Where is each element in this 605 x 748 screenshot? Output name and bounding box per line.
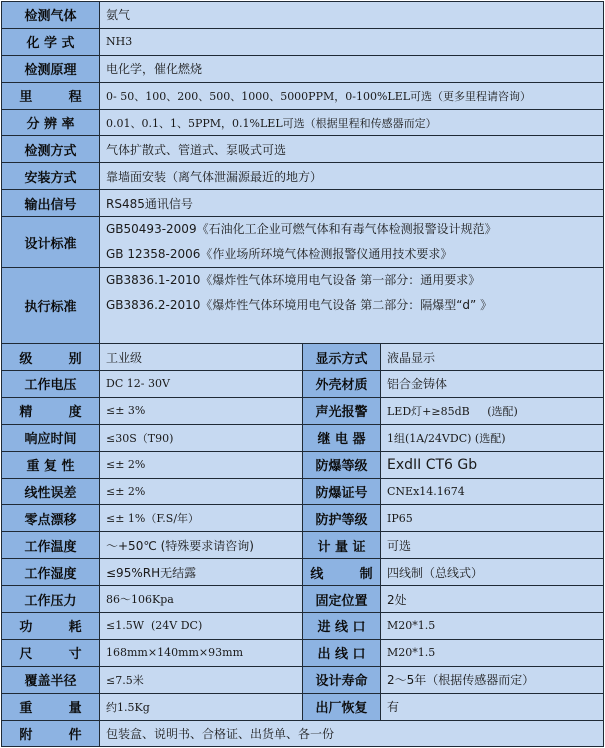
value-coverage-radius: ≤7.5米	[100, 666, 303, 693]
value-linearity-error: ≤± 2%	[100, 478, 303, 505]
label-wiring-system: 线 制	[303, 559, 381, 586]
label-design-life: 设计寿命	[303, 666, 381, 693]
row-split-10: 功 耗 ≤1.5W (24V DC) 进 线 口 M20*1.5	[2, 613, 604, 640]
label-inlet: 进 线 口	[303, 613, 381, 640]
label-working-humidity: 工作湿度	[2, 559, 100, 586]
value-outlet: M20*1.5	[381, 639, 604, 666]
row-design-standard: 设计标准 GB50493-2009《石油化工企业可燃气体和有毒气体检测报警设计规…	[2, 217, 604, 268]
value-weight: 约1.5Kg	[100, 693, 303, 720]
row-detection-method: 检测方式 气体扩散式、管道式、泵吸式可选	[2, 136, 604, 163]
label-grade: 级 别	[2, 344, 100, 371]
label-weight: 重 量	[2, 693, 100, 720]
row-split-6: 零点漂移 ≤± 1%（F.S/年） 防护等级 IP65	[2, 505, 604, 532]
row-split-13: 重 量 约1.5Kg 出厂恢复 有	[2, 693, 604, 720]
value-accessories: 包装盒、说明书、合格证、出货单、各一份	[100, 720, 604, 747]
row-split-1: 工作电压 DC 12- 30V 外壳材质 铝合金铸体	[2, 371, 604, 398]
label-accuracy: 精 度	[2, 397, 100, 424]
label-protection-grade: 防护等级	[303, 505, 381, 532]
row-resolution: 分 辨 率 0.01、0.1、1、5PPM，0.1%LEL可选（根据里程和传感器…	[2, 109, 604, 136]
label-power-consumption: 功 耗	[2, 613, 100, 640]
row-split-9: 工作压力 86～106Kpa 固定位置 2处	[2, 586, 604, 613]
row-installation: 安装方式 靠墙面安装（离气体泄漏源最近的地方）	[2, 163, 604, 190]
row-range: 里 程 0- 50、100、200、500、1000、5000PPM，0-100…	[2, 82, 604, 109]
value-output-signal: RS485通讯信号	[100, 190, 604, 217]
label-detection-method: 检测方式	[2, 136, 100, 163]
label-linearity-error: 线性误差	[2, 478, 100, 505]
value-resolution: 0.01、0.1、1、5PPM，0.1%LEL可选（根据里程和传感器而定）	[100, 109, 604, 136]
label-response-time: 响应时间	[2, 424, 100, 451]
value-housing-material: 铝合金铸体	[381, 371, 604, 398]
value-detection-principle: 电化学，催化燃烧	[100, 55, 604, 82]
value-chemical-formula: NH3	[100, 28, 604, 55]
label-working-pressure: 工作压力	[2, 586, 100, 613]
label-working-voltage: 工作电压	[2, 371, 100, 398]
value-working-temperature: ～+50℃ (特殊要求请咨询)	[100, 532, 303, 559]
value-grade: 工业级	[100, 344, 303, 371]
spec-table: 检测气体 氨气 化 学 式 NH3 检测原理 电化学，催化燃烧 里 程 0- 5…	[1, 1, 604, 747]
row-split-8: 工作湿度 ≤95%RH无结露 线 制 四线制（总线式）	[2, 559, 604, 586]
label-fixing-position: 固定位置	[303, 586, 381, 613]
value-sound-light-alarm: LED灯+≥85dB (选配)	[381, 397, 604, 424]
row-output-signal: 输出信号 RS485通讯信号	[2, 190, 604, 217]
value-detected-gas: 氨气	[100, 2, 604, 29]
value-relay: 1组(1A/24VDC) (选配)	[381, 424, 604, 451]
value-inlet: M20*1.5	[381, 613, 604, 640]
label-repeatability: 重 复 性	[2, 451, 100, 478]
label-explosion-proof-grade: 防爆等级	[303, 451, 381, 478]
label-installation: 安装方式	[2, 163, 100, 190]
label-working-temperature: 工作温度	[2, 532, 100, 559]
label-metrology-cert: 计 量 证	[303, 532, 381, 559]
label-relay: 继 电 器	[303, 424, 381, 451]
label-dimensions: 尺 寸	[2, 639, 100, 666]
value-repeatability: ≤± 2%	[100, 451, 303, 478]
value-fixing-position: 2处	[381, 586, 604, 613]
row-split-12: 覆盖半径 ≤7.5米 设计寿命 2～5年（根据传感器而定）	[2, 666, 604, 693]
row-detected-gas: 检测气体 氨气	[2, 2, 604, 29]
label-accessories: 附 件	[2, 720, 100, 747]
design-standard-line-2: GB 12358-2006《作业场所环境气体检测报警仪通用技术要求》	[106, 242, 603, 267]
value-accuracy: ≤± 3%	[100, 397, 303, 424]
label-execution-standard: 执行标准	[2, 268, 100, 344]
label-sound-light-alarm: 声光报警	[303, 397, 381, 424]
row-split-4: 重 复 性 ≤± 2% 防爆等级 ExdII CT6 Gb	[2, 451, 604, 478]
label-detected-gas: 检测气体	[2, 2, 100, 29]
row-execution-standard: 执行标准 GB3836.1-2010《爆炸性气体环境用电气设备 第一部分：通用要…	[2, 268, 604, 344]
value-working-voltage: DC 12- 30V	[100, 371, 303, 398]
value-power-consumption: ≤1.5W (24V DC)	[100, 613, 303, 640]
value-installation: 靠墙面安装（离气体泄漏源最近的地方）	[100, 163, 604, 190]
execution-standard-line-2: GB3836.2-2010《爆炸性气体环境用电气设备 第二部分：隔爆型“d” 》	[106, 293, 603, 318]
value-range: 0- 50、100、200、500、1000、5000PPM，0-100%LEL…	[100, 82, 604, 109]
value-explosion-proof-grade: ExdII CT6 Gb	[381, 451, 604, 478]
row-split-2: 精 度 ≤± 3% 声光报警 LED灯+≥85dB (选配)	[2, 397, 604, 424]
label-design-standard: 设计标准	[2, 217, 100, 268]
value-zero-drift: ≤± 1%（F.S/年）	[100, 505, 303, 532]
label-factory-reset: 出厂恢复	[303, 693, 381, 720]
design-standard-line-1: GB50493-2009《石油化工企业可燃气体和有毒气体检测报警设计规范》	[106, 217, 603, 242]
row-split-5: 线性误差 ≤± 2% 防爆证号 CNEx14.1674	[2, 478, 604, 505]
value-display-mode: 液晶显示	[381, 344, 604, 371]
label-output-signal: 输出信号	[2, 190, 100, 217]
execution-standard-line-1: GB3836.1-2010《爆炸性气体环境用电气设备 第一部分：通用要求》	[106, 268, 603, 293]
value-execution-standard: GB3836.1-2010《爆炸性气体环境用电气设备 第一部分：通用要求》 GB…	[100, 268, 604, 344]
label-outlet: 出 线 口	[303, 639, 381, 666]
value-design-standard: GB50493-2009《石油化工企业可燃气体和有毒气体检测报警设计规范》 GB…	[100, 217, 604, 268]
row-accessories: 附 件 包装盒、说明书、合格证、出货单、各一份	[2, 720, 604, 747]
value-response-time: ≤30S（T90)	[100, 424, 303, 451]
label-resolution: 分 辨 率	[2, 109, 100, 136]
label-display-mode: 显示方式	[303, 344, 381, 371]
value-wiring-system: 四线制（总线式）	[381, 559, 604, 586]
label-chemical-formula: 化 学 式	[2, 28, 100, 55]
value-factory-reset: 有	[381, 693, 604, 720]
row-detection-principle: 检测原理 电化学，催化燃烧	[2, 55, 604, 82]
label-range: 里 程	[2, 82, 100, 109]
value-design-life: 2～5年（根据传感器而定）	[381, 666, 604, 693]
label-detection-principle: 检测原理	[2, 55, 100, 82]
value-detection-method: 气体扩散式、管道式、泵吸式可选	[100, 136, 604, 163]
value-metrology-cert: 可选	[381, 532, 604, 559]
row-split-0: 级 别 工业级 显示方式 液晶显示	[2, 344, 604, 371]
value-dimensions: 168mm×140mm×93mm	[100, 639, 303, 666]
value-working-humidity: ≤95%RH无结露	[100, 559, 303, 586]
row-chemical-formula: 化 学 式 NH3	[2, 28, 604, 55]
label-zero-drift: 零点漂移	[2, 505, 100, 532]
value-working-pressure: 86～106Kpa	[100, 586, 303, 613]
row-split-11: 尺 寸 168mm×140mm×93mm 出 线 口 M20*1.5	[2, 639, 604, 666]
label-housing-material: 外壳材质	[303, 371, 381, 398]
label-coverage-radius: 覆盖半径	[2, 666, 100, 693]
row-split-3: 响应时间 ≤30S（T90) 继 电 器 1组(1A/24VDC) (选配)	[2, 424, 604, 451]
label-explosion-cert-no: 防爆证号	[303, 478, 381, 505]
row-split-7: 工作温度 ～+50℃ (特殊要求请咨询) 计 量 证 可选	[2, 532, 604, 559]
value-protection-grade: IP65	[381, 505, 604, 532]
value-explosion-cert-no: CNEx14.1674	[381, 478, 604, 505]
